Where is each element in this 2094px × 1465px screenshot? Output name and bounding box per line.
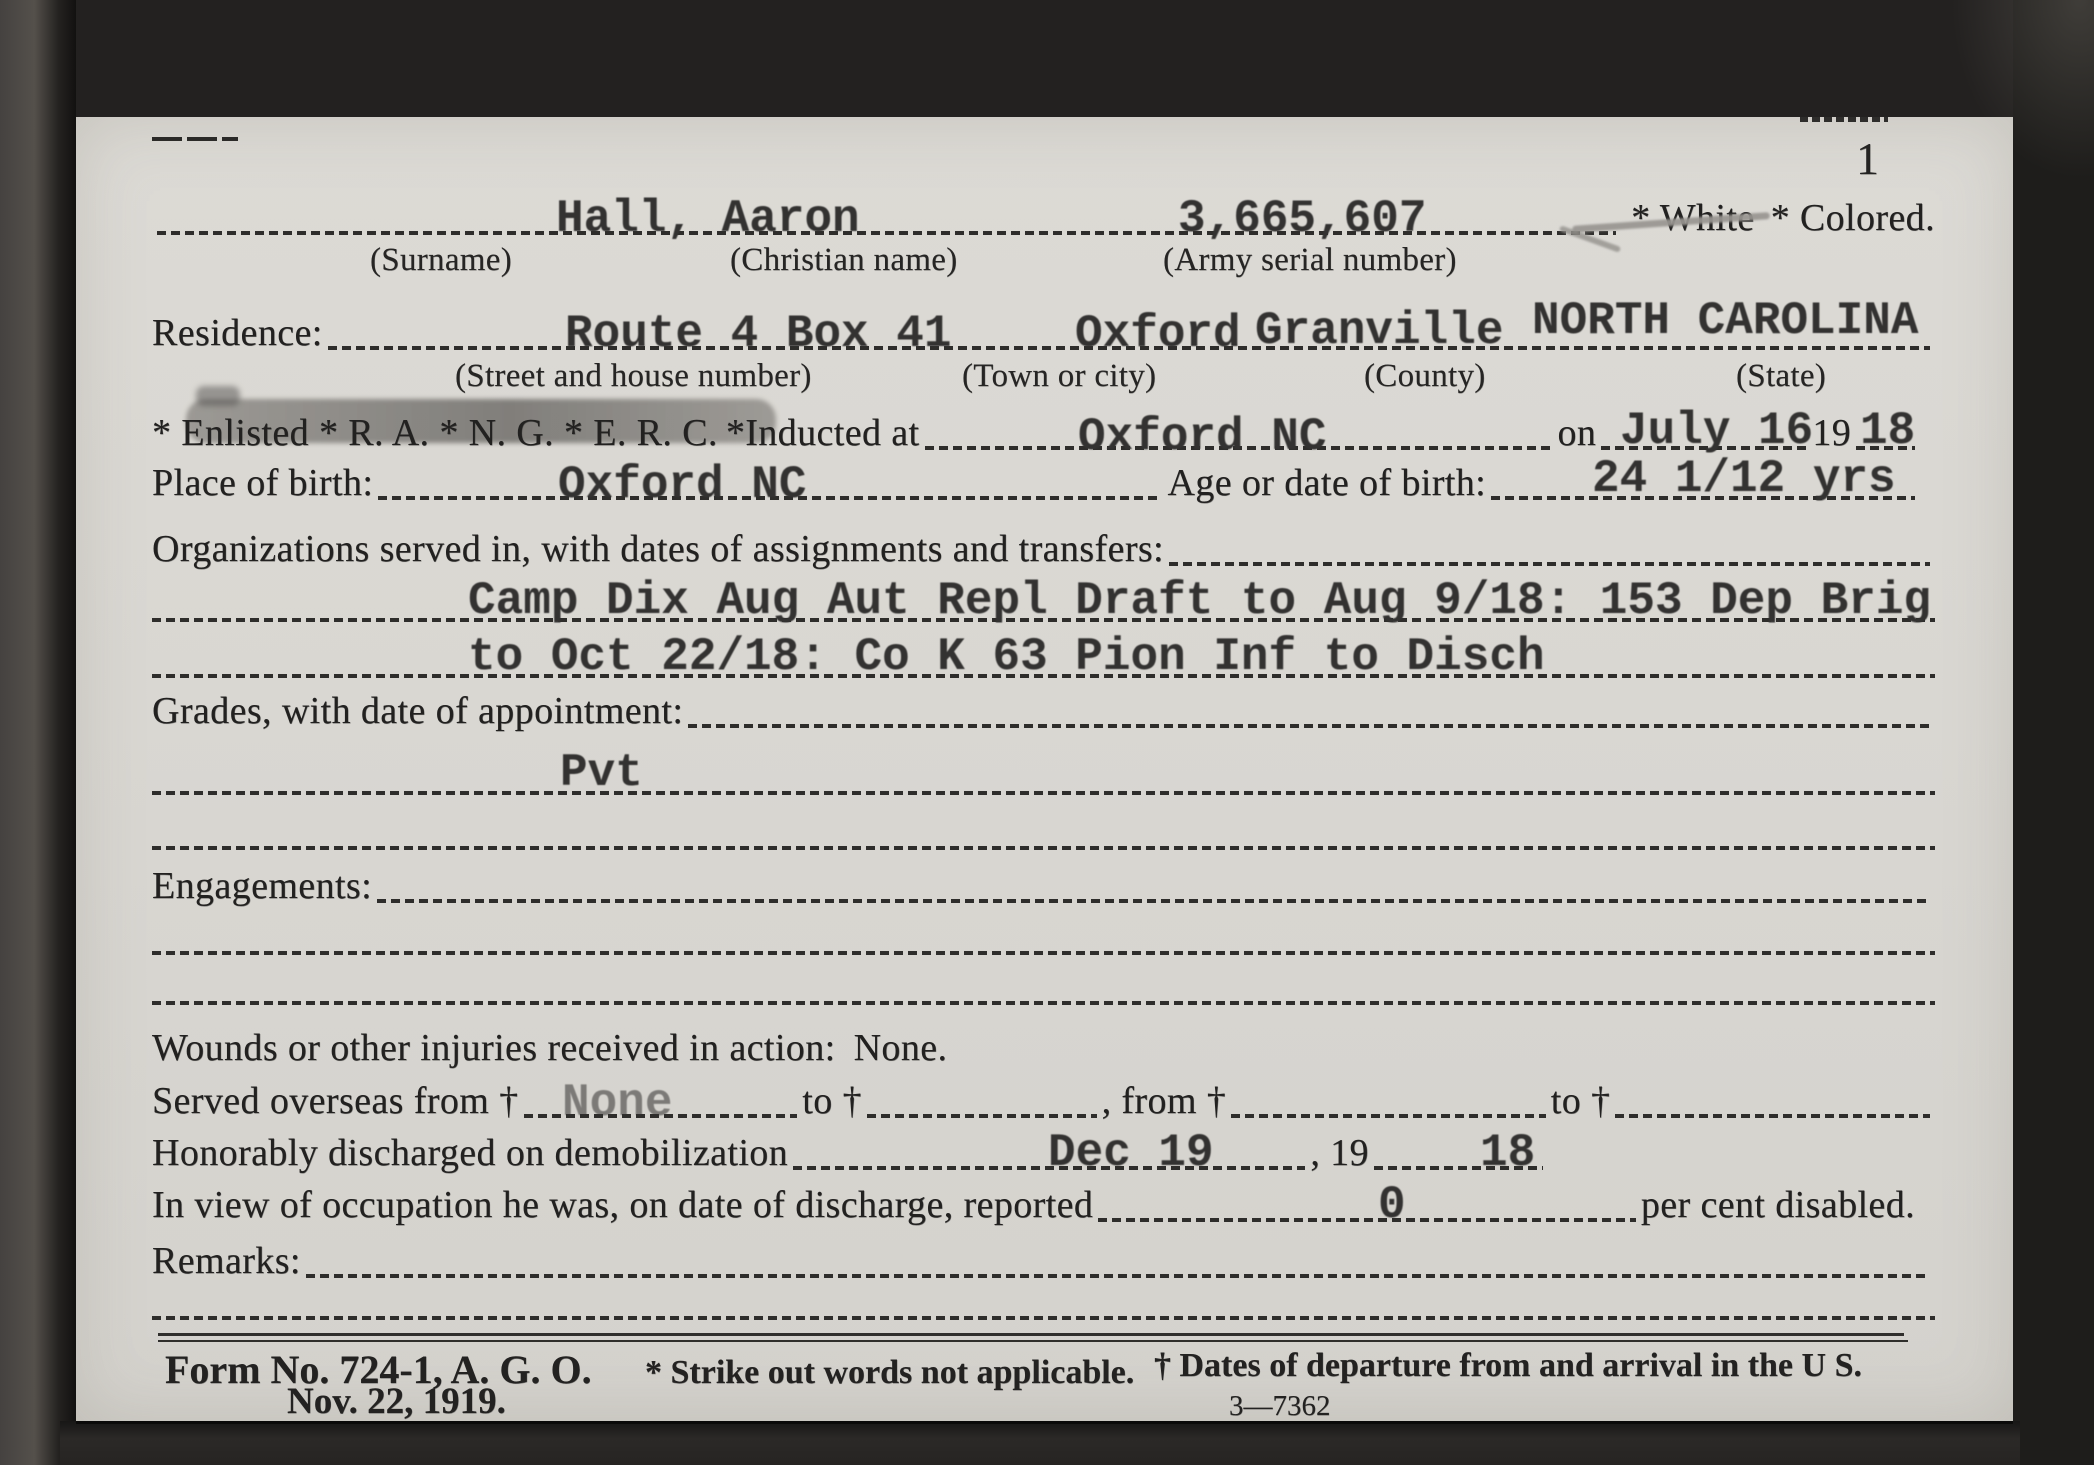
grades-label: Grades, with date of appointment: bbox=[152, 687, 683, 735]
remarks-label: Remarks: bbox=[152, 1237, 301, 1285]
form-date: Nov. 22, 1919. bbox=[287, 1380, 506, 1423]
typed-inducted-date: July 16 bbox=[1620, 408, 1813, 454]
name-row: * White * Colored. bbox=[152, 192, 1935, 242]
footer-rule-1 bbox=[158, 1333, 1904, 1336]
remarks-leader bbox=[306, 1274, 1930, 1278]
discharge-row: Honorably discharged on demobilization ,… bbox=[152, 1127, 1548, 1177]
typed-army-serial-number: 3,665,607 bbox=[1178, 196, 1426, 242]
grades-row: Grades, with date of appointment: bbox=[152, 685, 1935, 735]
wounds-value: None. bbox=[854, 1024, 948, 1072]
printed-year-19: 19 bbox=[1812, 409, 1851, 457]
inducted-at-label: *Inducted at bbox=[726, 409, 920, 457]
typed-organizations-1: Camp Dix Aug Aut Repl Draft to Aug 9/18:… bbox=[468, 578, 1931, 624]
engagements-line-3 bbox=[152, 1001, 1935, 1005]
scanned-service-record: 1 * White * Colored. Hall, Aaron 3,665,6… bbox=[0, 0, 2094, 1465]
typed-inducted-year: 18 bbox=[1860, 408, 1915, 454]
remarks-row: Remarks: bbox=[152, 1235, 1935, 1285]
grades-line-1 bbox=[152, 791, 1935, 795]
state-label: (State) bbox=[1736, 358, 1826, 394]
disability-row: In view of occupation he was, on date of… bbox=[152, 1179, 1915, 1229]
background-right bbox=[2013, 0, 2094, 1465]
footer-rule-2 bbox=[158, 1340, 1908, 1342]
discharge-year-prefix: , 19 bbox=[1310, 1129, 1369, 1177]
percent-disabled-label: per cent disabled. bbox=[1641, 1181, 1915, 1229]
disability-leader bbox=[1098, 1218, 1636, 1222]
pencil-smudge-small bbox=[196, 386, 240, 406]
overseas-leader-4 bbox=[1615, 1114, 1930, 1118]
residence-label: Residence: bbox=[152, 309, 323, 357]
typed-discharge-date: Dec 19 bbox=[1048, 1130, 1214, 1176]
typed-street: Route 4 Box 41 bbox=[565, 311, 951, 357]
page-number: 1 bbox=[1856, 132, 1879, 185]
typed-name: Hall, Aaron bbox=[556, 196, 860, 242]
disability-label: In view of occupation he was, on date of… bbox=[152, 1181, 1093, 1229]
background-bottom bbox=[60, 1421, 2020, 1465]
dagger-note: † Dates of departure from and arrival in… bbox=[1154, 1347, 1862, 1385]
overseas-to-label-1: to † bbox=[802, 1077, 862, 1125]
discharge-label: Honorably discharged on demobilization bbox=[152, 1129, 788, 1177]
engagements-line-2 bbox=[152, 951, 1935, 955]
county-label: (County) bbox=[1364, 358, 1486, 394]
top-left-mark bbox=[152, 137, 238, 141]
typed-birth-place: Oxford NC bbox=[558, 462, 806, 508]
typed-grade: Pvt bbox=[560, 750, 643, 796]
typed-overseas-from: None bbox=[562, 1080, 672, 1126]
surname-label: (Surname) bbox=[370, 242, 512, 278]
engagements-label: Engagements: bbox=[152, 862, 372, 910]
typed-percent-disabled: 0 bbox=[1378, 1182, 1406, 1228]
typed-organizations-2: to Oct 22/18: Co K 63 Pion Inf to Disch bbox=[468, 634, 1545, 680]
overseas-leader-2 bbox=[867, 1114, 1097, 1118]
organizations-leader bbox=[1169, 562, 1930, 566]
served-overseas-label: Served overseas from † bbox=[152, 1077, 519, 1125]
organizations-label: Organizations served in, with dates of a… bbox=[152, 525, 1164, 573]
christian-name-label: (Christian name) bbox=[730, 242, 958, 278]
typed-discharge-year: 18 bbox=[1480, 1130, 1535, 1176]
engagements-leader bbox=[377, 899, 1930, 903]
typed-inducted-place: Oxford NC bbox=[1078, 414, 1326, 460]
place-of-birth-label: Place of birth: bbox=[152, 459, 373, 507]
army-serial-label: (Army serial number) bbox=[1163, 242, 1457, 278]
book-binding-edge bbox=[0, 0, 76, 1465]
typed-town: Oxford bbox=[1075, 311, 1241, 357]
wounds-row: Wounds or other injuries received in act… bbox=[152, 1022, 947, 1072]
grades-leader bbox=[688, 724, 1930, 728]
wounds-label: Wounds or other injuries received in act… bbox=[152, 1024, 836, 1072]
strike-note: * Strike out words not applicable. bbox=[645, 1354, 1134, 1392]
organizations-row: Organizations served in, with dates of a… bbox=[152, 523, 1935, 573]
race-option-colored: * Colored. bbox=[1771, 194, 1935, 242]
typed-age: 24 1/12 yrs bbox=[1592, 456, 1896, 502]
enlistment-options-label: * Enlisted * R. A. * N. G. * E. R. C. bbox=[152, 409, 718, 457]
age-label: Age or date of birth: bbox=[1167, 459, 1486, 507]
overseas-row: Served overseas from † to † , from † to … bbox=[152, 1075, 1935, 1125]
overseas-from-label-2: , from † bbox=[1102, 1077, 1227, 1125]
typed-county: Granville bbox=[1255, 308, 1503, 354]
grades-line-2 bbox=[152, 846, 1935, 850]
print-code: 3—7362 bbox=[1229, 1390, 1331, 1423]
engagements-row: Engagements: bbox=[152, 860, 1935, 910]
typed-state: NORTH CAROLINA bbox=[1532, 298, 1918, 344]
overseas-to-label-2: to † bbox=[1551, 1077, 1611, 1125]
street-label: (Street and house number) bbox=[455, 358, 812, 394]
town-label: (Town or city) bbox=[962, 358, 1156, 394]
top-right-mark bbox=[1800, 117, 1888, 122]
on-label: on bbox=[1557, 409, 1596, 457]
remarks-line-2 bbox=[152, 1316, 1935, 1320]
overseas-leader-3 bbox=[1231, 1114, 1546, 1118]
